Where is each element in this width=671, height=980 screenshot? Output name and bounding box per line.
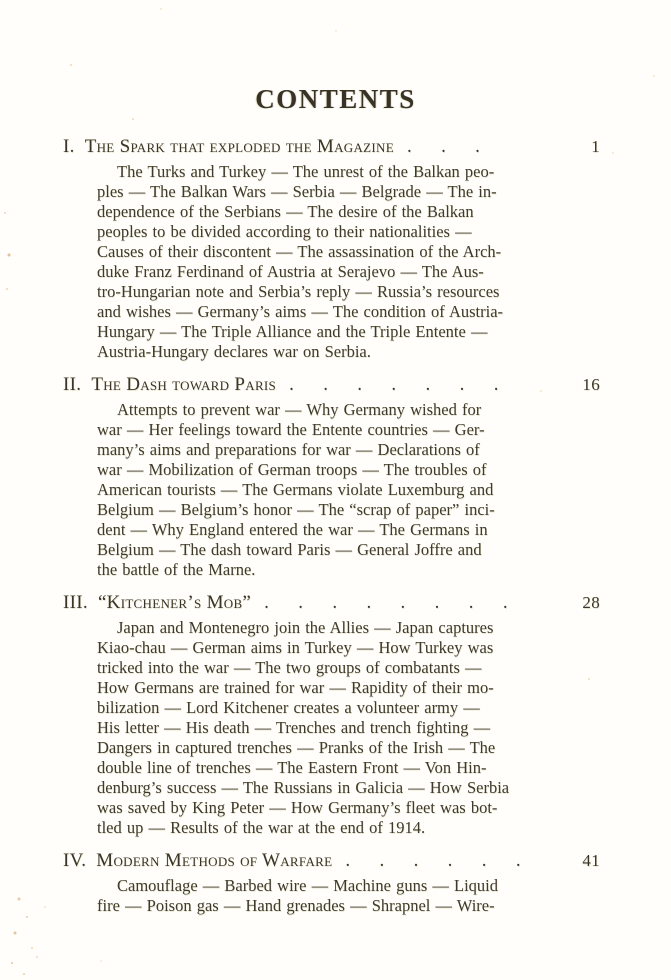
chapter-title: The Dash toward Paris	[91, 374, 276, 396]
chapter-summary: The Turks and Turkey — The unrest of the…	[97, 162, 549, 362]
page-number: 16	[568, 374, 600, 396]
leader-dots: . . . . . . . .	[264, 592, 508, 614]
leader-dots: . . . . . . .	[289, 374, 499, 396]
chapter-numeral: III.	[63, 592, 88, 614]
toc-entry-heading: III. “Kitchener’s Mob” . . . . . . . . 2…	[63, 592, 600, 614]
chapter-summary: Camouflage — Barbed wire — Machine guns …	[97, 876, 549, 916]
page-title: CONTENTS	[0, 0, 671, 114]
table-of-contents: I. The Spark that exploded the Magazine …	[0, 136, 671, 916]
toc-entry: III. “Kitchener’s Mob” . . . . . . . . 2…	[0, 592, 671, 838]
page-number: 41	[568, 850, 600, 872]
scanned-book-page: CONTENTS I. The Spark that exploded the …	[0, 0, 671, 980]
chapter-summary: Japan and Montenegro join the Allies — J…	[97, 618, 549, 838]
page-number: 1	[577, 136, 600, 158]
chapter-numeral: II.	[63, 374, 81, 396]
chapter-title: The Spark that exploded the Magazine	[85, 136, 394, 158]
leader-dots: . . . . . .	[345, 850, 521, 872]
chapter-numeral: I.	[63, 136, 75, 158]
chapter-title: Modern Methods of Warfare	[96, 850, 332, 872]
leader-dots: . . .	[407, 136, 480, 158]
toc-entry-heading: I. The Spark that exploded the Magazine …	[63, 136, 600, 158]
toc-entry: II. The Dash toward Paris . . . . . . . …	[0, 374, 671, 580]
chapter-summary: Attempts to prevent war — Why Germany wi…	[97, 400, 549, 580]
toc-entry-heading: IV. Modern Methods of Warfare . . . . . …	[63, 850, 600, 872]
toc-entry-heading: II. The Dash toward Paris . . . . . . . …	[63, 374, 600, 396]
chapter-numeral: IV.	[63, 850, 86, 872]
chapter-title: “Kitchener’s Mob”	[98, 592, 251, 614]
page-number: 28	[568, 592, 600, 614]
toc-entry: I. The Spark that exploded the Magazine …	[0, 136, 671, 362]
toc-entry: IV. Modern Methods of Warfare . . . . . …	[0, 850, 671, 916]
